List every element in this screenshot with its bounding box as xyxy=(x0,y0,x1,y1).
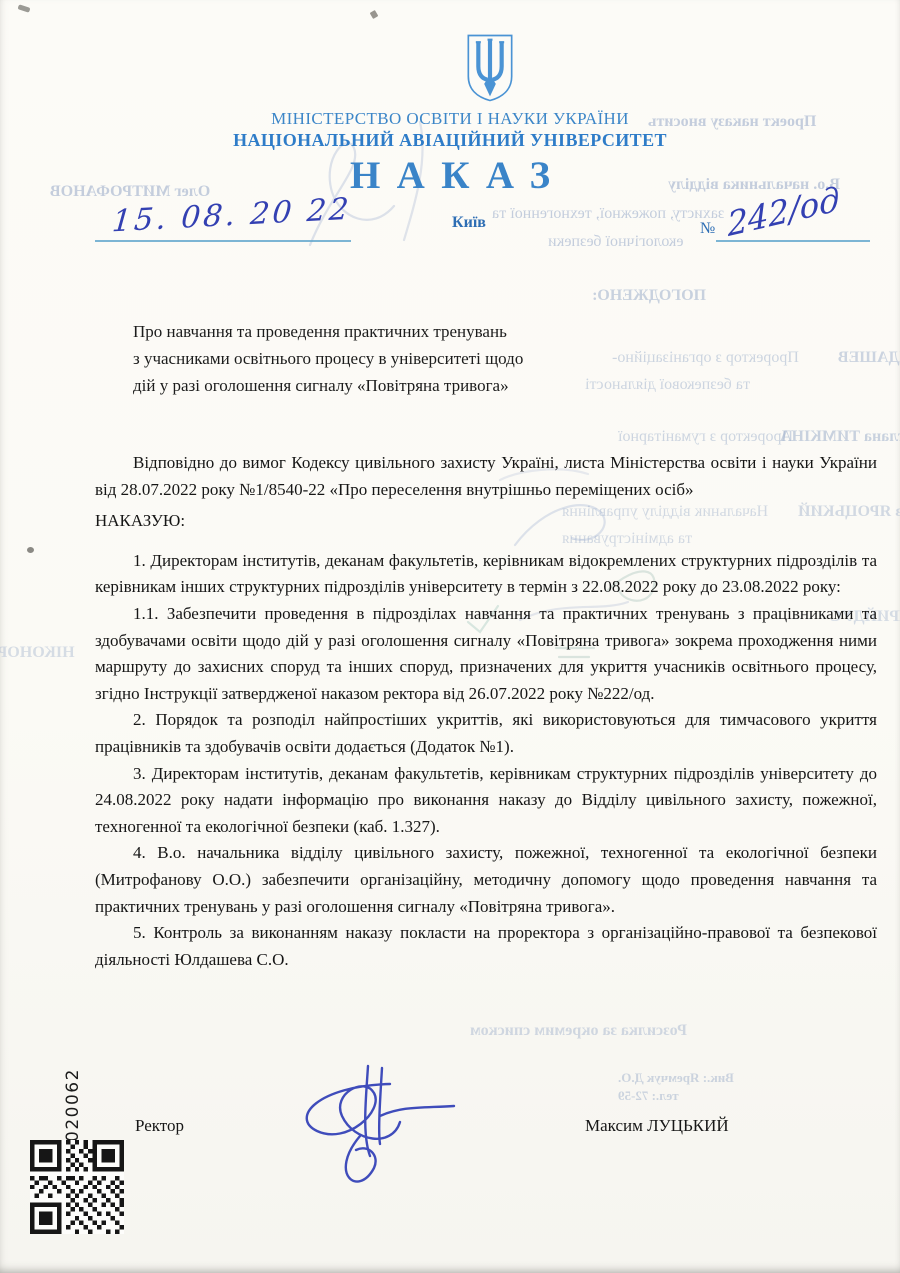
preamble-paragraph: Відповідно до вимог Кодексу цивільного з… xyxy=(95,450,877,503)
bleedthrough-text: захисту, пожежної, техногенної та xyxy=(492,205,724,223)
order-body: Відповідно до вимог Кодексу цивільного з… xyxy=(95,450,877,973)
bleedthrough-text: ЮЛДАШЕВ xyxy=(838,349,900,367)
subject-line: з учасниками освітнього процесу в універ… xyxy=(133,345,523,372)
bleedthrough-text: Вик.: Яремчук Д.О. xyxy=(618,1070,734,1086)
signer-position: Ректор xyxy=(135,1116,184,1136)
document-type-title: НАКАЗ xyxy=(0,153,900,198)
number-label: № xyxy=(700,220,715,238)
order-item: 4. В.о. начальника відділу цивільного за… xyxy=(95,840,877,920)
subject-line: дій у разі оголошення сигналу «Повітряна… xyxy=(133,372,523,399)
city-label: Київ xyxy=(452,214,486,232)
ministry-title: МІНІСТЕРСТВО ОСВІТИ І НАУКИ УКРАЇНИ xyxy=(0,109,900,129)
bleedthrough-text: тел.: 72-59 xyxy=(618,1088,679,1104)
bleedthrough-text: Проректор з гуманітарної xyxy=(618,428,793,446)
ink-speck xyxy=(27,547,34,553)
ink-speck xyxy=(370,10,379,19)
subject-block: Про навчання та проведення практичних тр… xyxy=(133,318,523,399)
scanned-order-page: Проект наказу вносить В.о. начальника ві… xyxy=(0,0,900,1273)
qr-code xyxy=(30,1140,124,1234)
ukraine-trident-emblem xyxy=(465,31,515,105)
bleedthrough-text: НІКОНОРОВА xyxy=(0,644,75,662)
ink-speck xyxy=(18,4,31,12)
order-item: 1.1. Забезпечити проведення в підрозділа… xyxy=(95,601,877,707)
order-item: 3. Директорам інститутів, деканам факуль… xyxy=(95,761,877,841)
date-underline xyxy=(95,240,351,242)
order-word: НАКАЗУЮ: xyxy=(95,508,877,535)
bleedthrough-text: та безпекової діяльності xyxy=(585,376,750,394)
bleedthrough-text: Розсилка за окремим списком xyxy=(470,1022,687,1040)
signer-name: Максим ЛУЦЬКИЙ xyxy=(585,1116,729,1136)
bleedthrough-text: Світлана ТИМКІНА xyxy=(780,428,900,446)
bleedthrough-text: Проректор з організаційно- xyxy=(612,349,799,367)
rector-signature xyxy=(262,1056,462,1201)
subject-line: Про навчання та проведення практичних тр… xyxy=(133,318,523,345)
order-item: 2. Порядок та розподіл найпростіших укри… xyxy=(95,707,877,760)
bleedthrough-text: екологічної безпеки xyxy=(548,233,683,251)
registration-code: 020062 xyxy=(63,1068,83,1142)
bleedthrough-text: ПОГОДЖЕНО: xyxy=(592,287,706,305)
order-item: 5. Контроль за виконанням наказу покласт… xyxy=(95,920,877,973)
university-title: НАЦІОНАЛЬНИЙ АВІАЦІЙНИЙ УНІВЕРСИТЕТ xyxy=(0,130,900,151)
order-item: 1. Директорам інститутів, деканам факуль… xyxy=(95,548,877,601)
